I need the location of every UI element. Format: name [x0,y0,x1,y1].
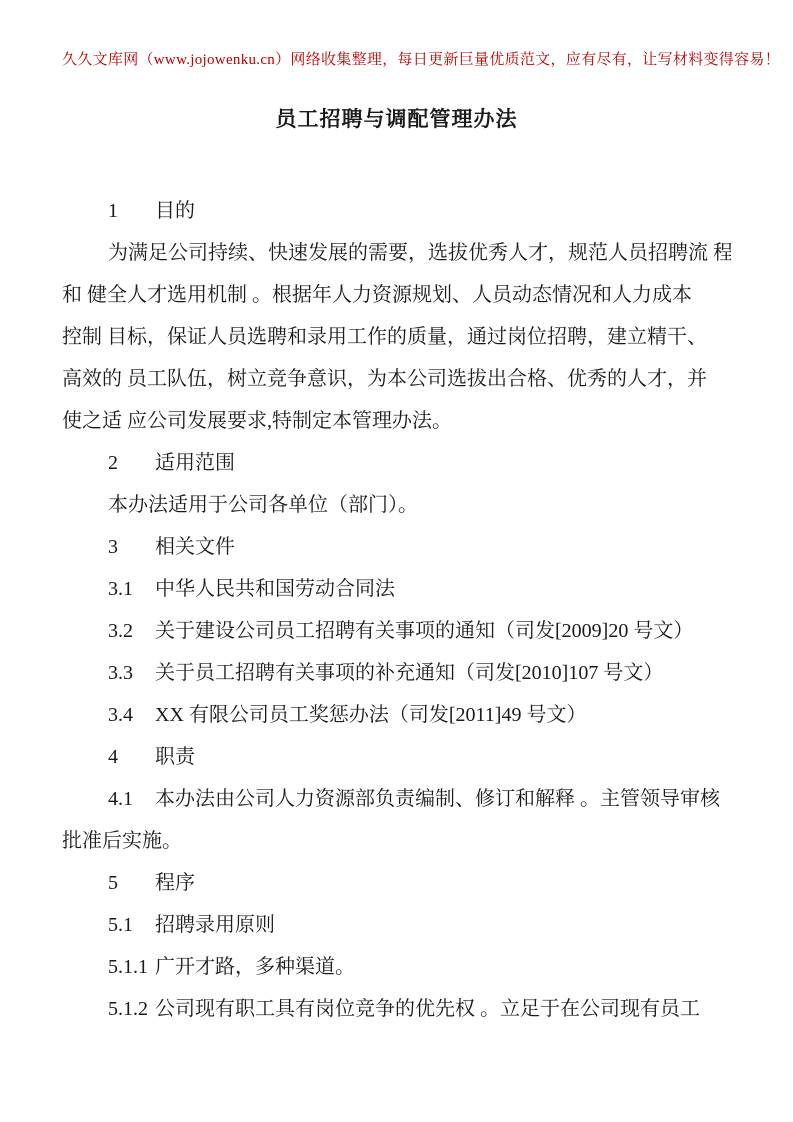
document-body: 1目的为满足公司持续、快速发展的需要，选拔优秀人才，规范人员招聘流 程和 健全人… [62,190,731,1030]
line-text: 程序 [155,872,195,894]
doc-line: 和 健全人才选用机制 。根据年人力资源规划、人员动态情况和人力成本 [62,274,731,316]
doc-line: 使之适 应公司发展要求,特制定本管理办法。 [62,400,731,442]
document-page: 久久文库网（www.jojowenku.cn）网络收集整理，每日更新巨量优质范文… [0,0,793,1122]
section-number: 5 [108,862,155,904]
section-number: 4 [108,736,155,778]
line-text: 公司现有职工具有岗位竞争的优先权 。立足于在公司现有员工 [155,998,700,1020]
line-text: 高效的 员工队伍，树立竞争意识，为本公司选拔出合格、优秀的人才，并 [62,368,707,390]
doc-line: 控制 目标，保证人员选聘和录用工作的质量，通过岗位招聘，建立精干、 [62,316,731,358]
line-text: 为满足公司持续、快速发展的需要，选拔优秀人才，规范人员招聘流 程 [108,242,731,264]
doc-line: 5.1招聘录用原则 [62,904,731,946]
doc-line: 3.1中华人民共和国劳动合同法 [62,568,731,610]
doc-line: 本办法适用于公司各单位（部门）。 [62,484,731,526]
section-number: 3.4 [108,694,155,736]
section-number: 5.1 [108,904,155,946]
section-number: 2 [108,442,155,484]
doc-line: 5.1.2公司现有职工具有岗位竞争的优先权 。立足于在公司现有员工 [62,988,731,1030]
line-text: 关于建设公司员工招聘有关事项的通知（司发[2009]20 号文） [155,620,693,642]
line-text: 批准后实施。 [62,830,182,852]
doc-line: 为满足公司持续、快速发展的需要，选拔优秀人才，规范人员招聘流 程 [62,232,731,274]
line-text: 目的 [155,200,195,222]
line-text: 本办法由公司人力资源部负责编制、修订和解释 。主管领导审核 [155,788,720,810]
section-heading: 3相关文件 [62,526,731,568]
line-text: 控制 目标，保证人员选聘和录用工作的质量，通过岗位招聘，建立精干、 [62,326,707,348]
line-text: 适用范围 [155,452,235,474]
section-number: 1 [108,190,155,232]
doc-line: 批准后实施。 [62,820,731,862]
line-text: XX 有限公司员工奖惩办法（司发[2011]49 号文） [155,704,586,726]
line-text: 本办法适用于公司各单位（部门）。 [108,494,418,516]
line-text: 使之适 应公司发展要求,特制定本管理办法。 [62,410,452,432]
line-text: 广开才路，多种渠道。 [155,956,355,978]
line-text: 中华人民共和国劳动合同法 [155,578,395,600]
doc-line: 高效的 员工队伍，树立竞争意识，为本公司选拔出合格、优秀的人才，并 [62,358,731,400]
section-number: 5.1.1 [108,946,155,988]
line-text: 相关文件 [155,536,235,558]
watermark-header: 久久文库网（www.jojowenku.cn）网络收集整理，每日更新巨量优质范文… [62,50,731,70]
line-text: 职责 [155,746,195,768]
section-number: 3.1 [108,568,155,610]
page-title: 员工招聘与调配管理办法 [62,106,731,132]
section-number: 4.1 [108,778,155,820]
doc-line: 5.1.1广开才路，多种渠道。 [62,946,731,988]
section-number: 3.3 [108,652,155,694]
section-number: 3 [108,526,155,568]
section-number: 3.2 [108,610,155,652]
doc-line: 4.1本办法由公司人力资源部负责编制、修订和解释 。主管领导审核 [62,778,731,820]
section-heading: 2适用范围 [62,442,731,484]
doc-line: 3.4XX 有限公司员工奖惩办法（司发[2011]49 号文） [62,694,731,736]
section-heading: 1目的 [62,190,731,232]
line-text: 关于员工招聘有关事项的补充通知（司发[2010]107 号文） [155,662,663,684]
section-heading: 5程序 [62,862,731,904]
section-heading: 4职责 [62,736,731,778]
doc-line: 3.2关于建设公司员工招聘有关事项的通知（司发[2009]20 号文） [62,610,731,652]
line-text: 和 健全人才选用机制 。根据年人力资源规划、人员动态情况和人力成本 [62,284,692,306]
doc-line: 3.3关于员工招聘有关事项的补充通知（司发[2010]107 号文） [62,652,731,694]
section-number: 5.1.2 [108,988,155,1030]
line-text: 招聘录用原则 [155,914,275,936]
